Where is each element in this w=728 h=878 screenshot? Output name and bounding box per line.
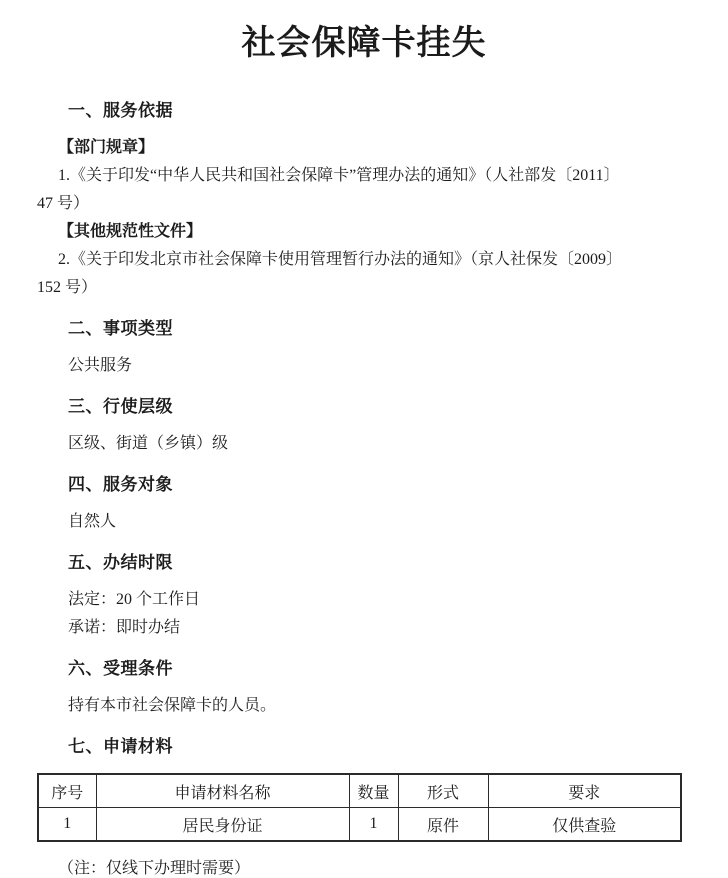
item-type-value: 公共服务 [37,352,691,380]
section-heading-completion-time: 五、办结时限 [37,550,691,576]
table-header-material-name: 申请材料名称 [96,774,349,808]
document-page: 社会保障卡挂失 一、服务依据 【部门规章】 1.《关于印发“中华人民共和国社会保… [0,0,728,878]
table-header-quantity: 数量 [349,774,398,808]
section-heading-application-materials: 七、申请材料 [37,734,691,760]
section-heading-service-target: 四、服务对象 [37,472,691,498]
table-cell-form: 原件 [398,808,488,842]
reference-line-2: 2.《关于印发北京市社会保障卡使用管理暂行办法的通知》（京人社保发〔2009〕 [37,246,691,274]
table-header-form: 形式 [398,774,488,808]
reference-line-1-continuation: 47 号） [37,190,691,218]
service-target-value: 自然人 [37,508,691,536]
section-heading-acceptance-conditions: 六、受理条件 [37,656,691,682]
exercise-level-value: 区级、街道（乡镇）级 [37,430,691,458]
table-header-requirement: 要求 [488,774,681,808]
statutory-time-value: 法定：20 个工作日 [37,586,691,614]
reference-line-2-continuation: 152 号） [37,274,691,302]
bracket-label-other-normative-docs: 【其他规范性文件】 [37,218,691,246]
table-header-row: 序号 申请材料名称 数量 形式 要求 [38,774,681,808]
bracket-label-department-rules: 【部门规章】 [37,134,691,162]
table-cell-seq: 1 [38,808,96,842]
table-note: （注：仅线下办理时需要） [37,857,691,878]
section-heading-item-type: 二、事项类型 [37,316,691,342]
table-cell-requirement: 仅供查验 [488,808,681,842]
table-row: 1 居民身份证 1 原件 仅供查验 [38,808,681,842]
document-title: 社会保障卡挂失 [37,24,691,64]
promised-time-value: 承诺：即时办结 [37,614,691,642]
reference-line-1: 1.《关于印发“中华人民共和国社会保障卡”管理办法的通知》（人社部发〔2011〕 [37,162,691,190]
acceptance-conditions-value: 持有本市社会保障卡的人员。 [37,692,691,720]
table-cell-material-name: 居民身份证 [96,808,349,842]
section-heading-service-basis: 一、服务依据 [37,98,691,124]
application-materials-table: 序号 申请材料名称 数量 形式 要求 1 居民身份证 1 原件 仅供查验 [37,773,682,842]
table-cell-quantity: 1 [349,808,398,842]
section-heading-exercise-level: 三、行使层级 [37,394,691,420]
table-header-seq: 序号 [38,774,96,808]
